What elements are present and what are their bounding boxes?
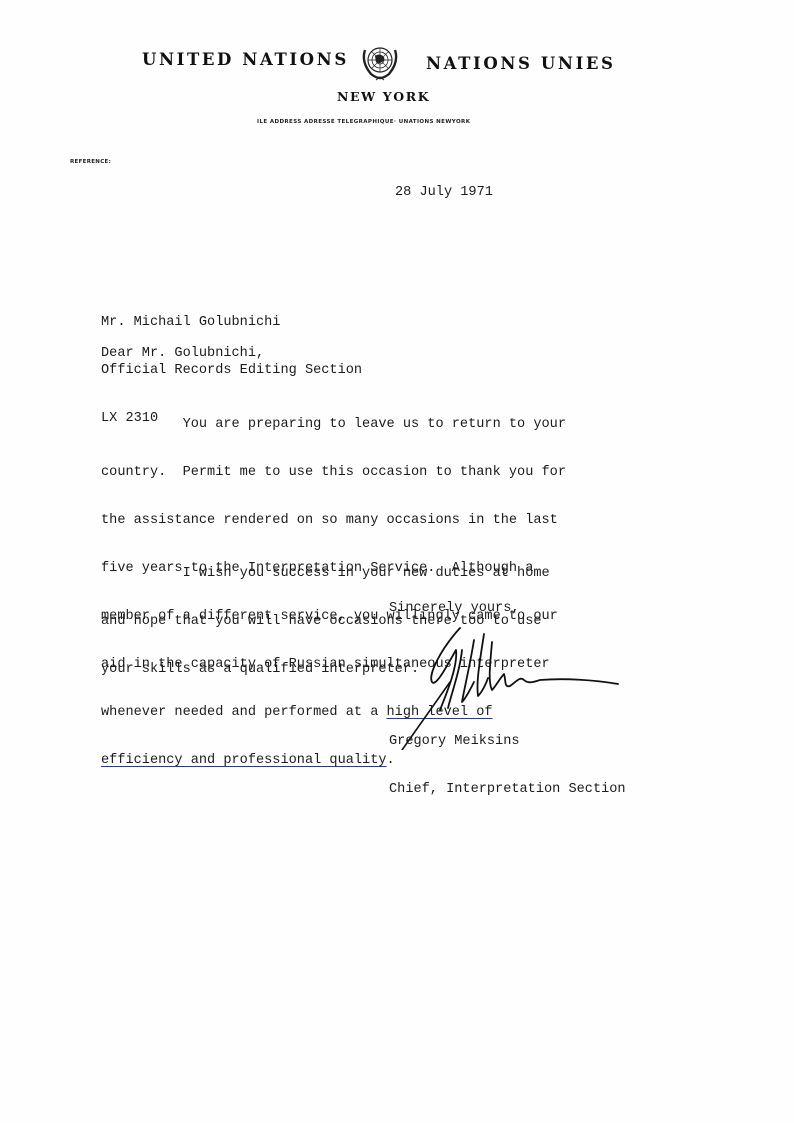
signatory-block: Gregory Meiksins Chief, Interpretation S… [389,702,626,830]
reference-label: REFERENCE: [70,159,111,165]
letter-date: 28 July 1971 [395,185,493,201]
letterhead-org-en: UNITED NATIONS [142,50,349,69]
body-line: You are preparing to leave us to return … [101,417,566,433]
closing: Sincerely yours, [389,601,520,617]
letterhead-city: NEW YORK [337,89,430,104]
signatory-title: Chief, Interpretation Section [389,782,626,798]
letter-page: UNITED NATIONS NATIONS UNIES NEW YORK IL… [0,0,794,1123]
signatory-name: Gregory Meiksins [389,734,626,750]
body-line: country. Permit me to use this occasion … [101,465,566,481]
cable-address: ILE ADDRESS ADRESSE TELEGRAPHIQUE· UNATI… [257,119,470,125]
body-line: the assistance rendered on so many occas… [101,513,566,529]
underlined-phrase: efficiency and professional quality [101,753,387,768]
body-line: I wish you success in your new duties at… [101,566,550,582]
letterhead-org-fr: NATIONS UNIES [426,54,616,73]
recipient-unit: Official Records Editing Section [101,363,362,379]
un-emblem-icon [358,40,402,84]
recipient-name: Mr. Michail Golubnichi [101,315,362,331]
salutation: Dear Mr. Golubnichi, [101,346,264,362]
